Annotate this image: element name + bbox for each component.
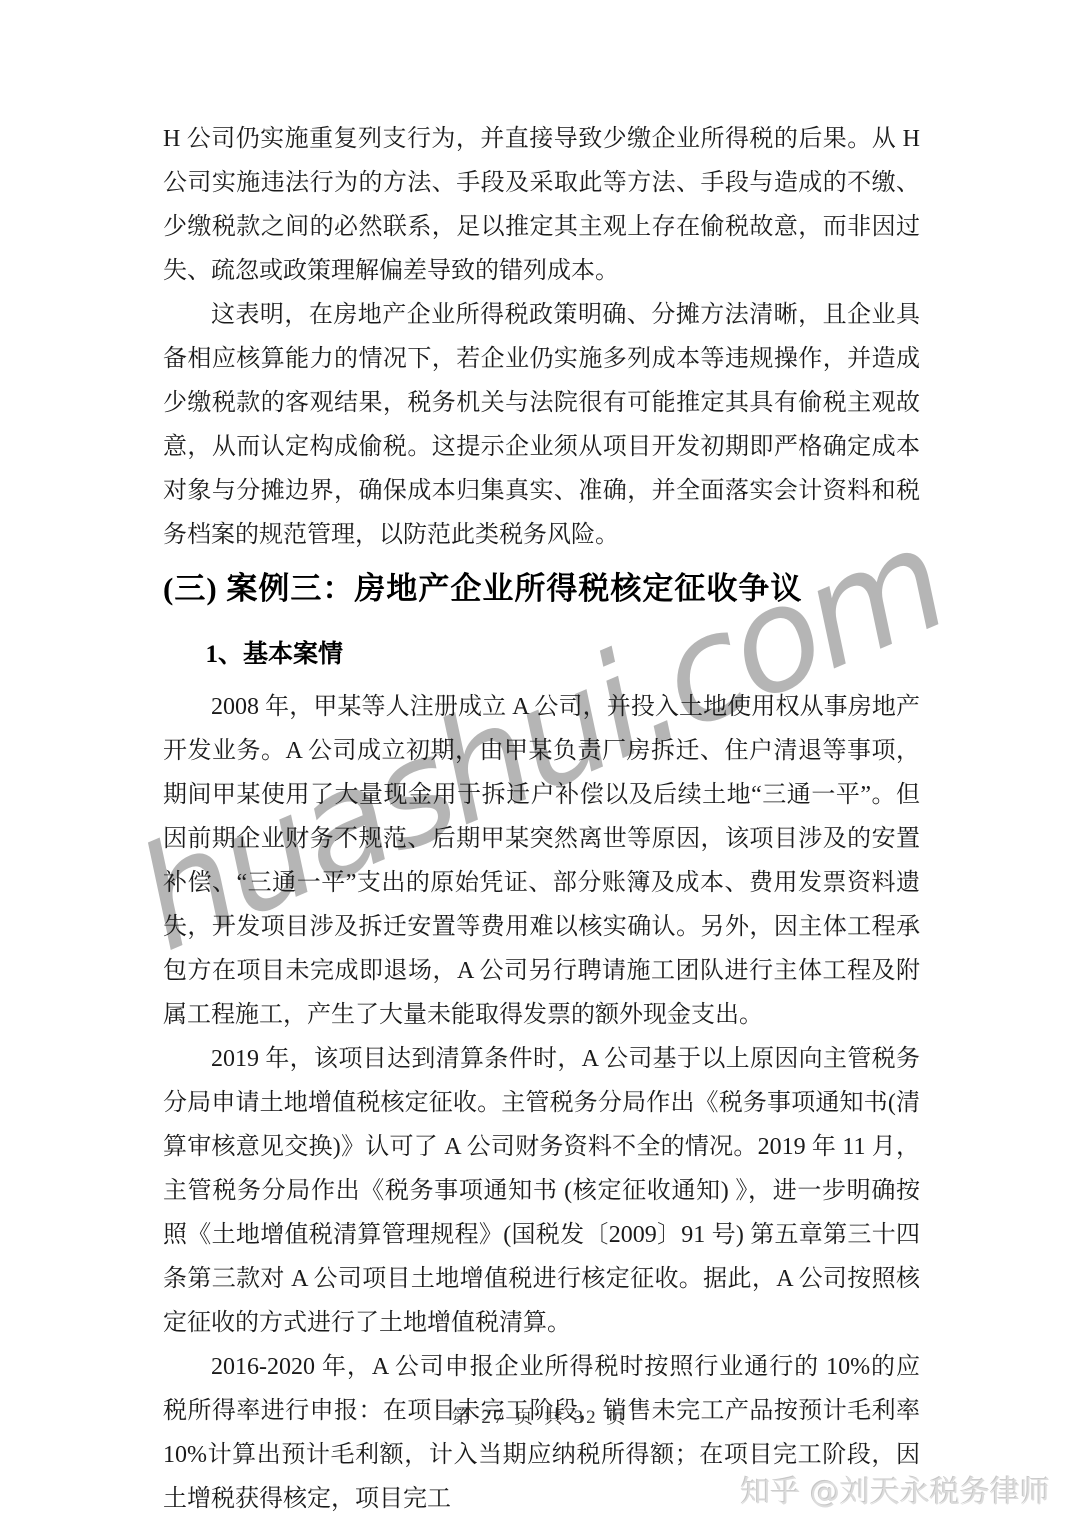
page-number-footer: 第 27 页 共 32 页 — [0, 1402, 1080, 1429]
case-paragraph-liquidation: 2019 年，该项目达到清算条件时，A 公司基于以上原因向主管税务分局申请土地增… — [163, 1037, 920, 1345]
body-paragraph-summary: 这表明，在房地产企业所得税政策明确、分摊方法清晰，且企业具备相应核算能力的情况下… — [163, 293, 920, 557]
page-content: H 公司仍实施重复列支行为，并直接导致少缴企业所得税的后果。从 H 公司实施违法… — [163, 117, 920, 1521]
author-watermark: 知乎 @刘天永税务律师 — [740, 1467, 1050, 1511]
body-paragraph-continued: H 公司仍实施重复列支行为，并直接导致少缴企业所得税的后果。从 H 公司实施违法… — [163, 117, 920, 293]
document-page: huashui.com H 公司仍实施重复列支行为，并直接导致少缴企业所得税的后… — [0, 0, 1080, 1527]
subsection-heading: 1、基本案情 — [163, 633, 920, 677]
section-heading: (三) 案例三：房地产企业所得税核定征收争议 — [163, 567, 920, 611]
case-paragraph-background: 2008 年，甲某等人注册成立 A 公司，并投入土地使用权从事房地产开发业务。A… — [163, 685, 920, 1037]
